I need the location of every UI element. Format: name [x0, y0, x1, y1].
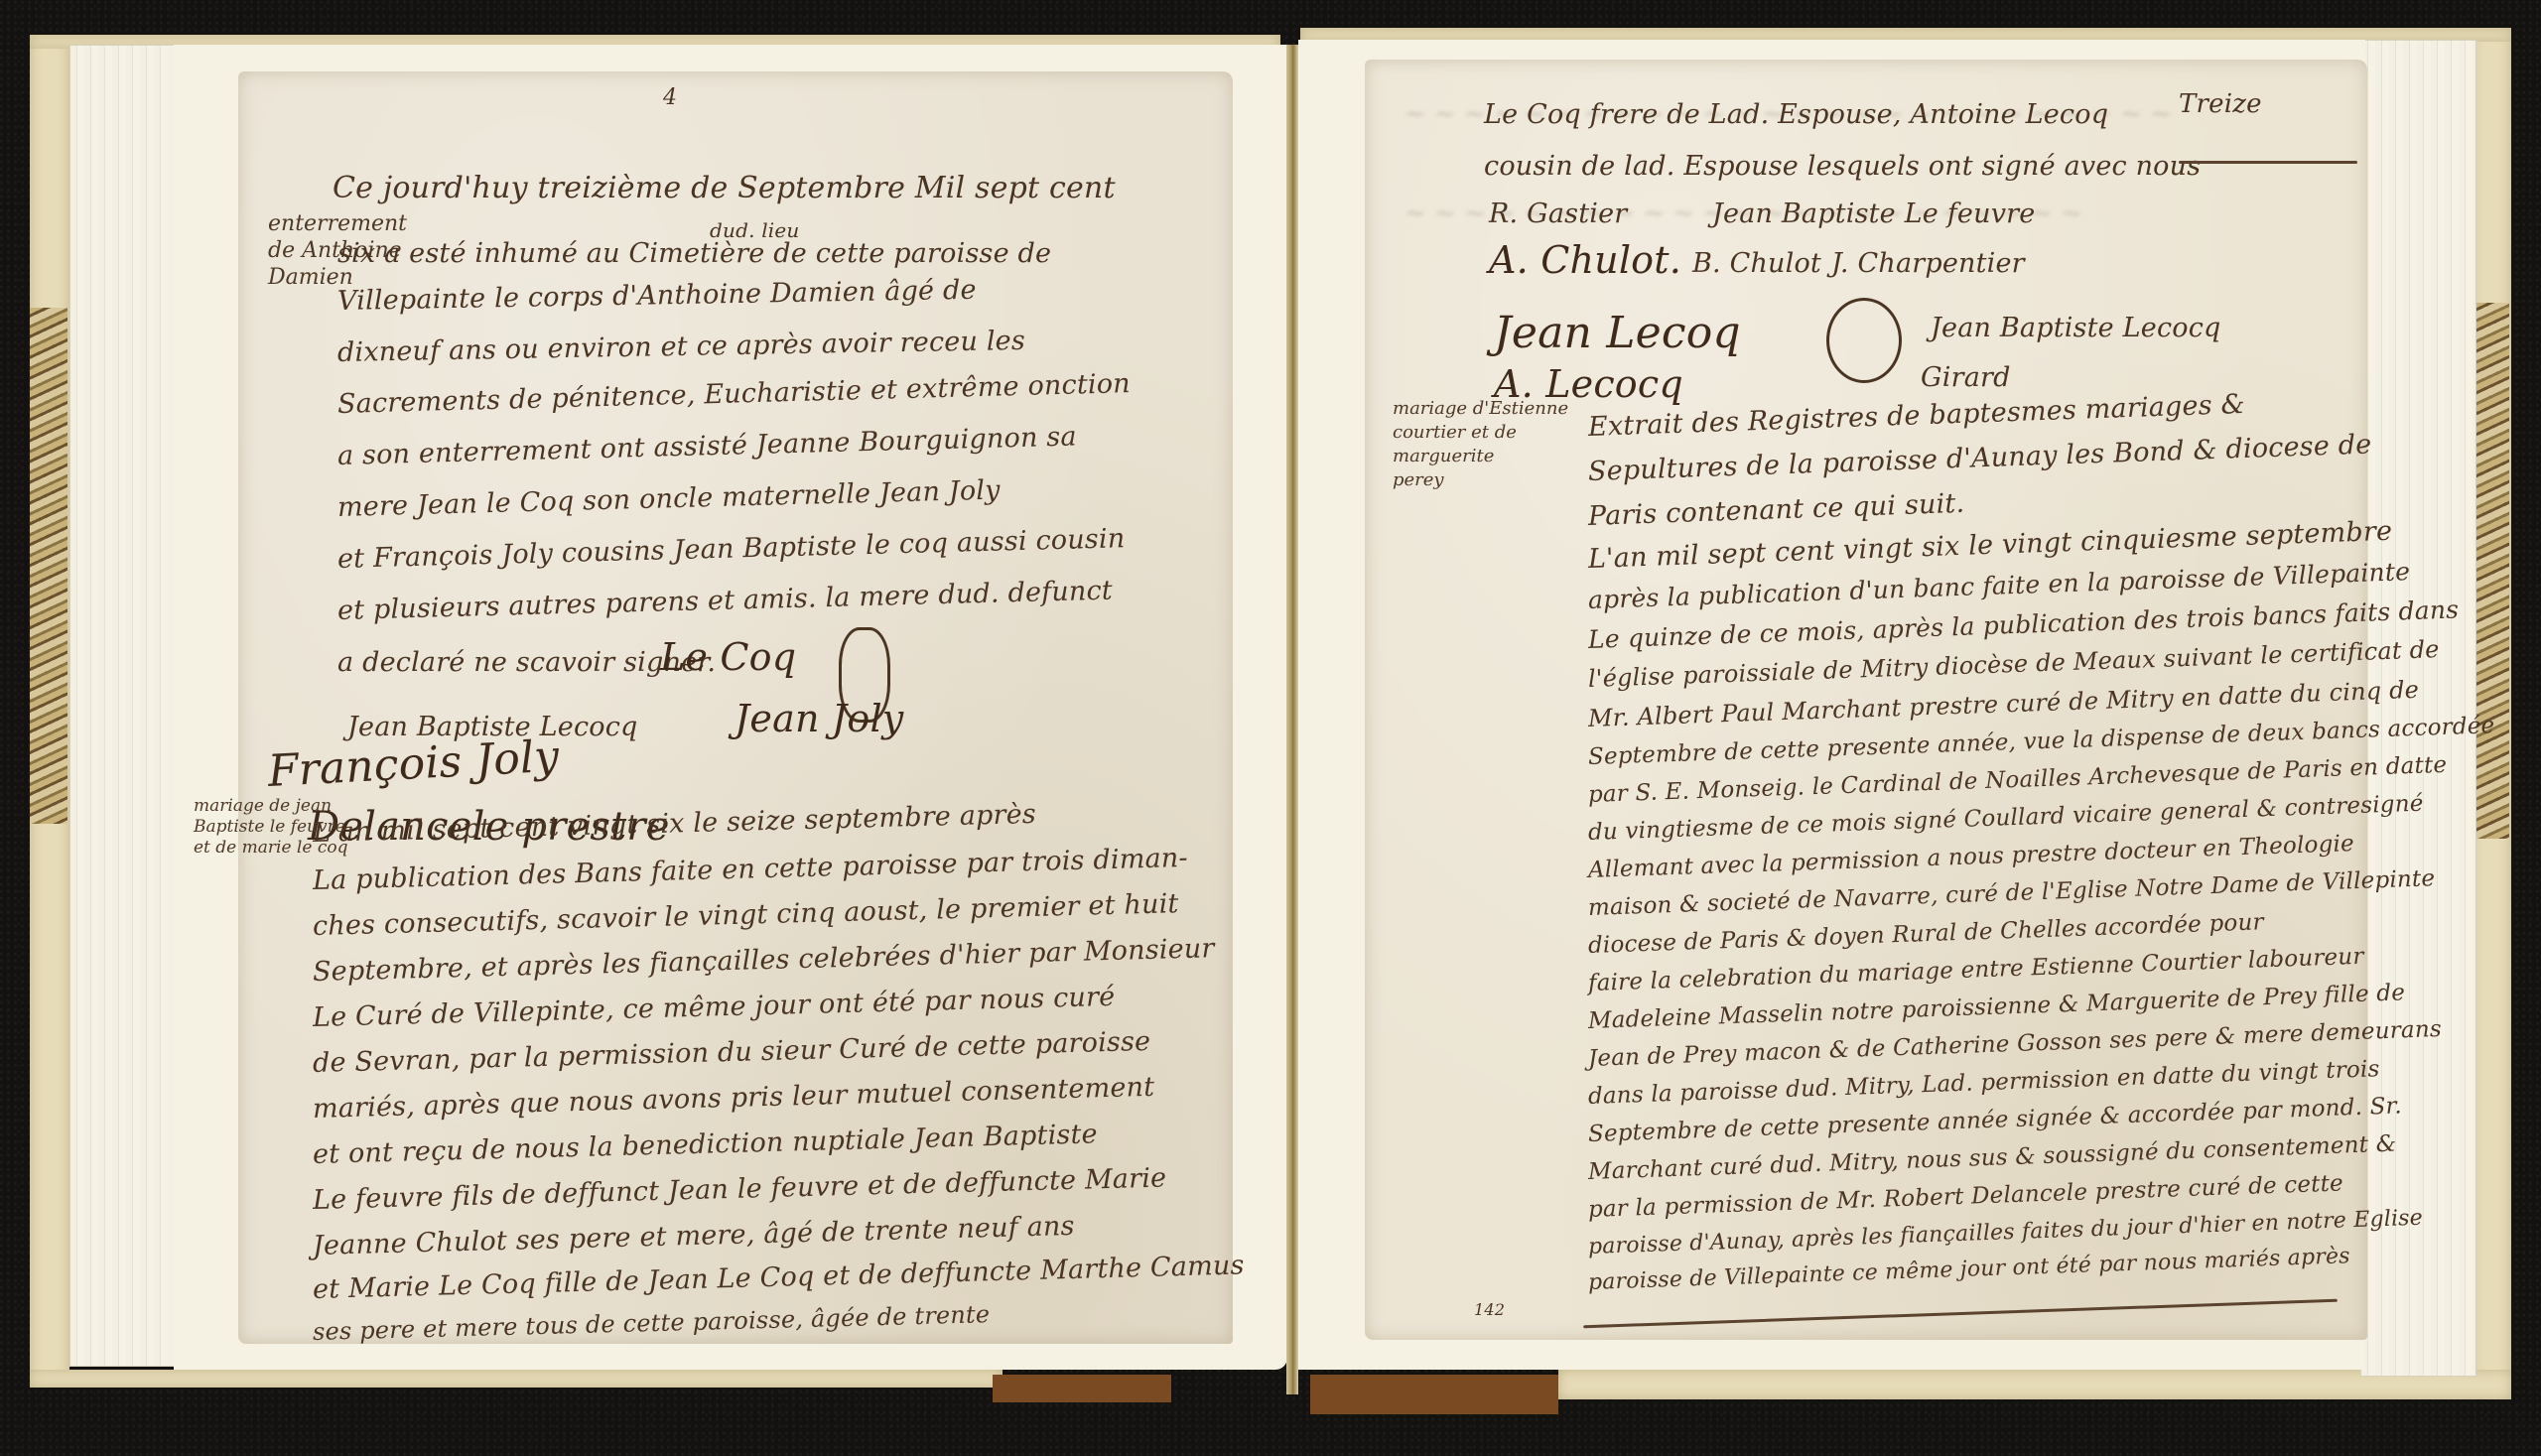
top-line: cousin de lad. Espouse lesquels ont sign… — [1484, 151, 2201, 182]
page-stack-left — [69, 45, 181, 1367]
marriage-line: et Marie Le Coq fille de Jean Le Coq et … — [313, 1250, 1245, 1305]
burial-line: a declaré ne scavoir signer. — [337, 647, 716, 678]
burial-line: et François Joly cousins Jean Baptiste l… — [337, 523, 1126, 575]
burial-line: a son enterrement ont assisté Jeanne Bou… — [337, 422, 1077, 471]
burial-line: dixneuf ans ou environ et ce après avoir… — [337, 326, 1025, 368]
marriage-line: Le Curé de Villepinte, ce même jour ont … — [313, 982, 1116, 1033]
signature-francois-joly: François Joly — [267, 731, 561, 797]
signature-jb-lefeuvre: Jean Baptiste Le feuvre — [1712, 199, 2035, 229]
manuscript-leaf-left: 4 enterrement de Anthoine Damien dud. li… — [238, 71, 1233, 1344]
extract-line: Paris contenant ce qui suit. — [1587, 488, 1964, 532]
burial-line: Sacrements de pénitence, Eucharistie et … — [337, 368, 1132, 420]
signature-girard: Girard — [1921, 362, 2011, 393]
marriage-line: La publication des Bans faite en cette p… — [313, 843, 1189, 896]
book-gutter — [1286, 45, 1298, 1394]
marriage-line: Le feuvre fils de deffunct Jean le feuvr… — [313, 1162, 1167, 1216]
page-number: 4 — [663, 85, 677, 110]
book-cover-bottom — [30, 1370, 1003, 1388]
signature-jean-lecoq: Jean Lecoq — [1494, 308, 1741, 358]
marbled-endpaper-right — [2474, 303, 2509, 839]
burial-line: six a esté inhumé au Cimetière de cette … — [337, 238, 1051, 269]
marriage-line: de Sevran, par la permission du sieur Cu… — [313, 1026, 1151, 1079]
closing-rule — [2179, 161, 2357, 164]
signature-b-chulot: B. Chulot — [1692, 248, 1821, 279]
marbled-endpaper-left — [30, 308, 67, 824]
spine-leather — [993, 1375, 1171, 1402]
signature-gastier: R. Gastier — [1489, 199, 1627, 229]
extract-line: Extrait des Registres de baptesmes maria… — [1587, 389, 2245, 443]
manuscript-leaf-right: ~ ~ ~ ~ ~ ~ ~ ~ ~ ~ ~ ~ ~ ~ ~ ~ ~ ~ ~ ~ … — [1365, 60, 2367, 1340]
spine-leather-right — [1310, 1375, 1558, 1414]
burial-line: et plusieurs autres parens et amis. la m… — [337, 576, 1114, 626]
signature-charpentier: J. Charpentier — [1831, 248, 2025, 279]
page-stack-right — [2360, 40, 2476, 1377]
marriage-line: mariés, après que nous avons pris leur m… — [313, 1072, 1155, 1125]
burial-line: mere Jean le Coq son oncle maternelle Je… — [337, 475, 1001, 523]
burial-line: Ce jourd'huy treizième de Septembre Mil … — [333, 171, 1116, 205]
signature-lecoq: Le Coq — [660, 635, 796, 679]
margin-note-marriage-courtier: mariage d'Estienne courtier et de margue… — [1393, 397, 1568, 492]
marriage-line: Septembre, et après les fiançailles cele… — [313, 933, 1215, 988]
closing-rule — [1583, 1299, 2338, 1329]
burial-line: Villepainte le corps d'Anthoine Damien â… — [337, 275, 977, 317]
marriage-line: ses pere et mere tous de cette paroisse,… — [313, 1300, 991, 1346]
signature-jean-joly: Jean Joly — [735, 697, 903, 740]
marriage-line: et ont reçu de nous la benediction nupti… — [313, 1119, 1099, 1170]
signature-paraph — [1826, 298, 1902, 383]
corner-note: Treize — [2179, 89, 2262, 119]
signature-a-chulot: A. Chulot. — [1489, 238, 1681, 282]
folio-number: 142 — [1474, 1300, 1505, 1319]
top-line: Le Coq frere de Lad. Espouse, Antoine Le… — [1484, 99, 2108, 130]
marriage-line: ches consecutifs, scavoir le vingt cinq … — [313, 888, 1179, 942]
marriage-line: Jeanne Chulot ses pere et mere, âgé de t… — [313, 1211, 1075, 1261]
signature-jb-lecocq: Jean Baptiste Lecocq — [1931, 313, 2221, 343]
